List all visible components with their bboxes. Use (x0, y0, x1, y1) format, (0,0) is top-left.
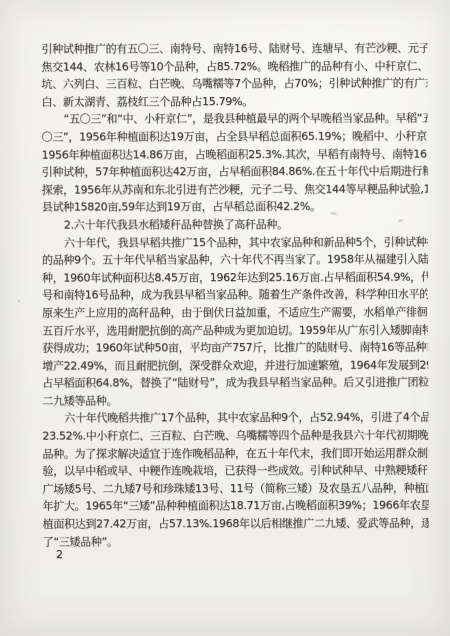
text-line: 坑、六列白、三百粒、白芒晚、乌嘴糯等7个品种，占70%；引种试种推广的有广东二号 (41, 75, 427, 94)
text-line: 六十年代，我县早稻共推广15个品种，其中农家品种和新品种5个，引种试种推广 (42, 233, 428, 252)
text-line: 年扩大。1965年“三矮”品种种植面积达18.71万亩,占晚稻面积39%；196… (43, 497, 429, 516)
text-line: 焦交144、农林16号等10个品种，占85.72%。晚稻推广的品种有小、中秆京仁… (41, 57, 427, 76)
scan-speck (18, 300, 20, 302)
text-line: 引种试种推广的有五〇三、南特号、南特16号、陆财号、连塘早、有芒沙粳、元子2号、 (41, 39, 427, 58)
text-line: 县试种15820亩,59年达到19万亩，占早稻总面积42.2%。 (42, 198, 428, 217)
text-line: “五〇三”和“中、小秆京仁”，是我县种植最早的两个早晚稻当家品种。早稻“五 (42, 110, 428, 129)
text-line: 探索，1956年从苏南和东北引进有芒沙粳，元子二号、焦交144等早粳品种试验,1… (42, 180, 428, 199)
text-line: 引种试种，57年种植面积达42万亩，占早稻面积84.86%.在五十年代中后期进行… (42, 163, 428, 182)
text-line: 1956年种植面积达14.86万亩，占晚稻面积25.3%.其次，早稻有南特号、南… (42, 145, 428, 164)
page-number: 2 (56, 548, 63, 561)
text-line: 品种。为了探求解决适宜于连作晚稻品种，在五十年代末，我们即开始运用群众制种经 (42, 444, 428, 463)
text-line: 二九矮等品种。 (42, 391, 428, 410)
section-heading: 2.六十年代我县水稻矮秆品种替换了高秆品种。 (42, 215, 428, 234)
text-line: 增产22.49%，而且耐肥抗倒，深受群众欢迎，并进行加速繁殖，1964年发展到2… (42, 356, 428, 375)
text-line: 获得成功；1960年试种50亩，平均亩产757斤，比推广的陆财号、南特16等品种… (42, 339, 428, 358)
text-line: 的品种9个。五十年代早稻当家品种，六十年代不再当家了。1958年从福建引入陆财号… (42, 251, 428, 270)
text-line: 五百斤水平，选用耐肥抗倒的高产品种成为更加迫切。1959年从广东引入矮脚南特，试… (42, 321, 428, 340)
text-line: 白、新太湖青、荔枝红三个品种占15.79%。 (41, 92, 427, 111)
text-line: 六十年代晚稻共推广17个品种，其中农家品种9个，占52.94%，引进了4个品种,… (42, 409, 428, 428)
text-line: 植面积达到27.42万亩，占57.13%.1968年以后相继推广二九矮、爱武等品… (43, 515, 429, 534)
text-block: 引种试种推广的有五〇三、南特号、南特16号、陆财号、连塘早、有芒沙粳、元子2号、… (41, 39, 428, 550)
text-line: 占早稻面积64.8%，替换了“陆财号”，成为我县早稻当家品种。后又引进推广团粒矮… (42, 374, 428, 393)
text-line: 了“三矮品种”。 (43, 532, 429, 551)
text-line: 广场矮5号、二九矮7号和珍珠矮13号、11号（简称三矮）及农垦五八品种，种植面积… (42, 479, 428, 498)
text-line: 〇三”，1956年种植面积达19万亩，占全县早稻总面积65.19%；晚稻中、小秆… (42, 127, 428, 146)
text-line: 23.52%.中小秆京仁、三百粒、白芒晚、乌嘴糯等四个品种是我县六十年代初期晚稻… (42, 427, 428, 446)
scanned-page: 引种试种推广的有五〇三、南特号、南特16号、陆财号、连塘早、有芒沙粳、元子2号、… (0, 0, 450, 636)
text-line: 验，以早中稻或早、中粳作连晚栽培，已获得一些成效。引种试种早、中熟粳矮秆良种， (42, 462, 428, 481)
text-line: 原来生产上应用的高秆品种，由于倒伏日益加重，不适应生产需要，水稻单产徘徊在四、 (42, 303, 428, 322)
text-line: 种，1960年试种面积达8.45万亩，1962年达到25.16万亩.占早稻面积5… (42, 268, 428, 287)
text-line: 号和南特16号品种，成为我县早稻当家品种。随着生产条件改善，科学种田水平的提高， (42, 286, 428, 305)
